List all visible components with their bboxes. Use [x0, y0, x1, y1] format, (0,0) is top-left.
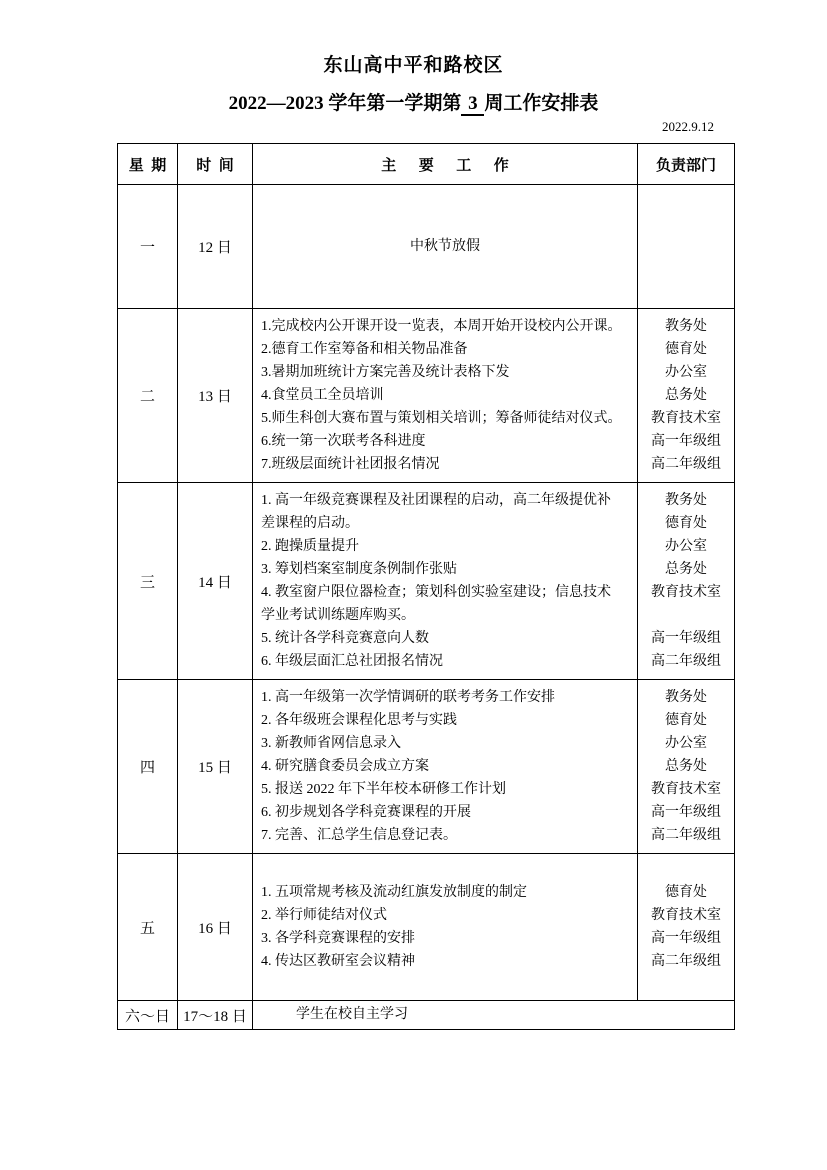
work-cell: 1. 高一年级第一次学情调研的联考考务工作安排 2. 各年级班会课程化思考与实践… — [253, 680, 638, 854]
dept-cell — [638, 185, 735, 309]
date-cell: 17～18 日 — [178, 1001, 253, 1030]
table-row-tuesday: 二 13 日 1.完成校内公开课开设一览表，本周开始开设校内公开课。 2.德育工… — [118, 309, 735, 483]
date-cell: 12 日 — [178, 185, 253, 309]
date-cell: 15 日 — [178, 680, 253, 854]
page-subtitle: 2022—2023 学年第一学期第 3 周工作安排表 — [0, 88, 827, 115]
dept-cell: 教务处 德育处 办公室 总务处 教育技术室 高一年级组 高二年级组 — [638, 309, 735, 483]
work-cell: 1. 五项常规考核及流动红旗发放制度的制定 2. 举行师徒结对仪式 3. 各学科… — [253, 854, 638, 1001]
day-cell: 四 — [118, 680, 178, 854]
dept-cell: 教务处 德育处 办公室 总务处 教育技术室 高一年级组 高二年级组 — [638, 483, 735, 680]
dept-cell: 德育处 教育技术室 高一年级组 高二年级组 — [638, 854, 735, 1001]
day-cell: 二 — [118, 309, 178, 483]
header-row: 星 期 时 间 主 要 工 作 负责部门 — [118, 144, 735, 185]
header-department: 负责部门 — [638, 144, 735, 185]
header-main-work: 主 要 工 作 — [253, 144, 638, 185]
day-cell: 一 — [118, 185, 178, 309]
document-date: 2022.9.12 — [0, 119, 714, 135]
dept-cell: 教务处 德育处 办公室 总务处 教育技术室 高一年级组 高二年级组 — [638, 680, 735, 854]
page-title: 东山高中平和路校区 — [0, 0, 827, 77]
work-cell: 中秋节放假 — [253, 185, 638, 309]
date-cell: 14 日 — [178, 483, 253, 680]
day-cell: 六～日 — [118, 1001, 178, 1030]
work-cell: 1.完成校内公开课开设一览表，本周开始开设校内公开课。 2.德育工作室筹备和相关… — [253, 309, 638, 483]
date-cell: 13 日 — [178, 309, 253, 483]
document-page: 东山高中平和路校区 2022—2023 学年第一学期第 3 周工作安排表 202… — [0, 0, 827, 1170]
table-row-wednesday: 三 14 日 1. 高一年级竞赛课程及社团课程的启动，高二年级提优补 差课程的启… — [118, 483, 735, 680]
week-number: 3 — [461, 93, 484, 116]
header-day: 星 期 — [118, 144, 178, 185]
table-row-weekend: 六～日 17～18 日 学生在校自主学习 — [118, 1001, 735, 1030]
weekly-schedule-table: 星 期 时 间 主 要 工 作 负责部门 一 12 日 中秋节放假 二 13 日… — [117, 143, 735, 1030]
table-row-thursday: 四 15 日 1. 高一年级第一次学情调研的联考考务工作安排 2. 各年级班会课… — [118, 680, 735, 854]
day-cell: 三 — [118, 483, 178, 680]
day-cell: 五 — [118, 854, 178, 1001]
subtitle-prefix: 2022—2023 学年第一学期第 — [229, 93, 462, 114]
subtitle-suffix: 周工作安排表 — [484, 93, 598, 114]
work-cell: 学生在校自主学习 — [253, 1001, 735, 1030]
header-time: 时 间 — [178, 144, 253, 185]
date-cell: 16 日 — [178, 854, 253, 1001]
table-row-friday: 五 16 日 1. 五项常规考核及流动红旗发放制度的制定 2. 举行师徒结对仪式… — [118, 854, 735, 1001]
table-row-monday: 一 12 日 中秋节放假 — [118, 185, 735, 309]
work-cell: 1. 高一年级竞赛课程及社团课程的启动，高二年级提优补 差课程的启动。 2. 跑… — [253, 483, 638, 680]
